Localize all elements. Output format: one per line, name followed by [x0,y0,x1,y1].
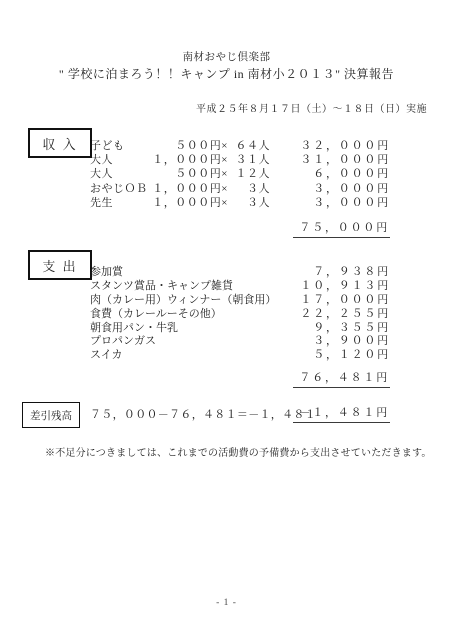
income-unit-price: ５００円× [148,167,228,181]
balance-amount: －１，４８１円 [293,404,390,423]
report-title: " 学校に泊まろう！！キャンプ in 南材小２０１３" 決算報告 [0,65,453,82]
income-count: ３１人 [228,153,270,167]
income-total: ７５，０００円 [293,219,390,238]
income-amount: ６，０００円 [270,167,390,181]
balance-section-label: 差引残高 [22,402,80,428]
income-row: おやじＯＢ １，０００円× ３人 ３，０００円 [90,182,390,196]
expense-amount: １７，０００円 [280,294,390,308]
expense-amount: ３，９００円 [280,335,390,349]
expense-row: スタンツ賞品・キャンプ雑貨 １０，９１３円 [90,280,390,294]
income-table: 子ども ５００円× ６４人 ３２，０００円 大人 １，０００円× ３１人 ３１，… [90,139,390,210]
report-page: 南材おやじ倶楽部 " 学校に泊まろう！！キャンプ in 南材小２０１３" 決算報… [0,0,453,640]
organization-name: 南材おやじ倶楽部 [0,49,453,64]
expense-item-label: 朝食用パン・牛乳 [90,322,280,336]
income-item-label: 大人 [90,167,148,181]
expense-item-label: スイカ [90,349,280,363]
income-amount: ３１，０００円 [270,153,390,167]
income-count: ３人 [228,196,270,210]
expense-row: プロパンガス ３，９００円 [90,335,390,349]
income-row: 先生 １，０００円× ３人 ３，０００円 [90,196,390,210]
expense-amount: １０，９１３円 [280,280,390,294]
expense-amount: ５，１２０円 [280,349,390,363]
income-item-label: 子ども [90,139,148,153]
income-row: 子ども ５００円× ６４人 ３２，０００円 [90,139,390,153]
expense-amount: ２２，２５５円 [280,308,390,322]
expense-section-label: 支 出 [28,250,92,280]
expense-item-label: スタンツ賞品・キャンプ雑貨 [90,280,280,294]
income-amount: ３，０００円 [270,196,390,210]
shortfall-note: ※不足分につきましては、これまでの活動費の予備費から支出させていただきます。 [45,444,432,459]
page-number: - 1 - [0,598,453,608]
income-item-label: 先生 [90,196,148,210]
income-unit-price: １，０００円× [148,196,228,210]
expense-row: スイカ ５，１２０円 [90,349,390,363]
income-unit-price: １，０００円× [148,182,228,196]
expense-row: 朝食用パン・牛乳 ９，３５５円 [90,322,390,336]
expense-row: 食費（カレールーその他） ２２，２５５円 [90,308,390,322]
income-amount: ３２，０００円 [270,139,390,153]
income-count: ３人 [228,182,270,196]
expense-amount: ９，３５５円 [280,322,390,336]
income-item-label: おやじＯＢ [90,182,148,196]
income-count: １２人 [228,167,270,181]
expense-row: 肉（カレー用）ウィンナー（朝食用） １７，０００円 [90,294,390,308]
income-count: ６４人 [228,139,270,153]
income-row: 大人 １，０００円× ３１人 ３１，０００円 [90,153,390,167]
income-unit-price: １，０００円× [148,153,228,167]
expense-item-label: 食費（カレールーその他） [90,308,280,322]
expense-table: 参加賞 ７，９３８円 スタンツ賞品・キャンプ雑貨 １０，９１３円 肉（カレー用）… [90,266,390,363]
balance-equation: ７５，０００－７６，４８１＝－１，４８１ [90,406,316,422]
expense-item-label: プロパンガス [90,335,280,349]
income-section-label: 収 入 [28,128,92,158]
income-row: 大人 ５００円× １２人 ６，０００円 [90,167,390,181]
event-date: 平成２５年８月１７日（土）～１８日（日）実施 [196,100,427,115]
expense-item-label: 参加賞 [90,266,280,280]
expense-row: 参加賞 ７，９３８円 [90,266,390,280]
income-amount: ３，０００円 [270,182,390,196]
income-item-label: 大人 [90,153,148,167]
expense-item-label: 肉（カレー用）ウィンナー（朝食用） [90,294,280,308]
expense-total: ７６，４８１円 [293,369,390,388]
income-unit-price: ５００円× [148,139,228,153]
expense-amount: ７，９３８円 [280,266,390,280]
